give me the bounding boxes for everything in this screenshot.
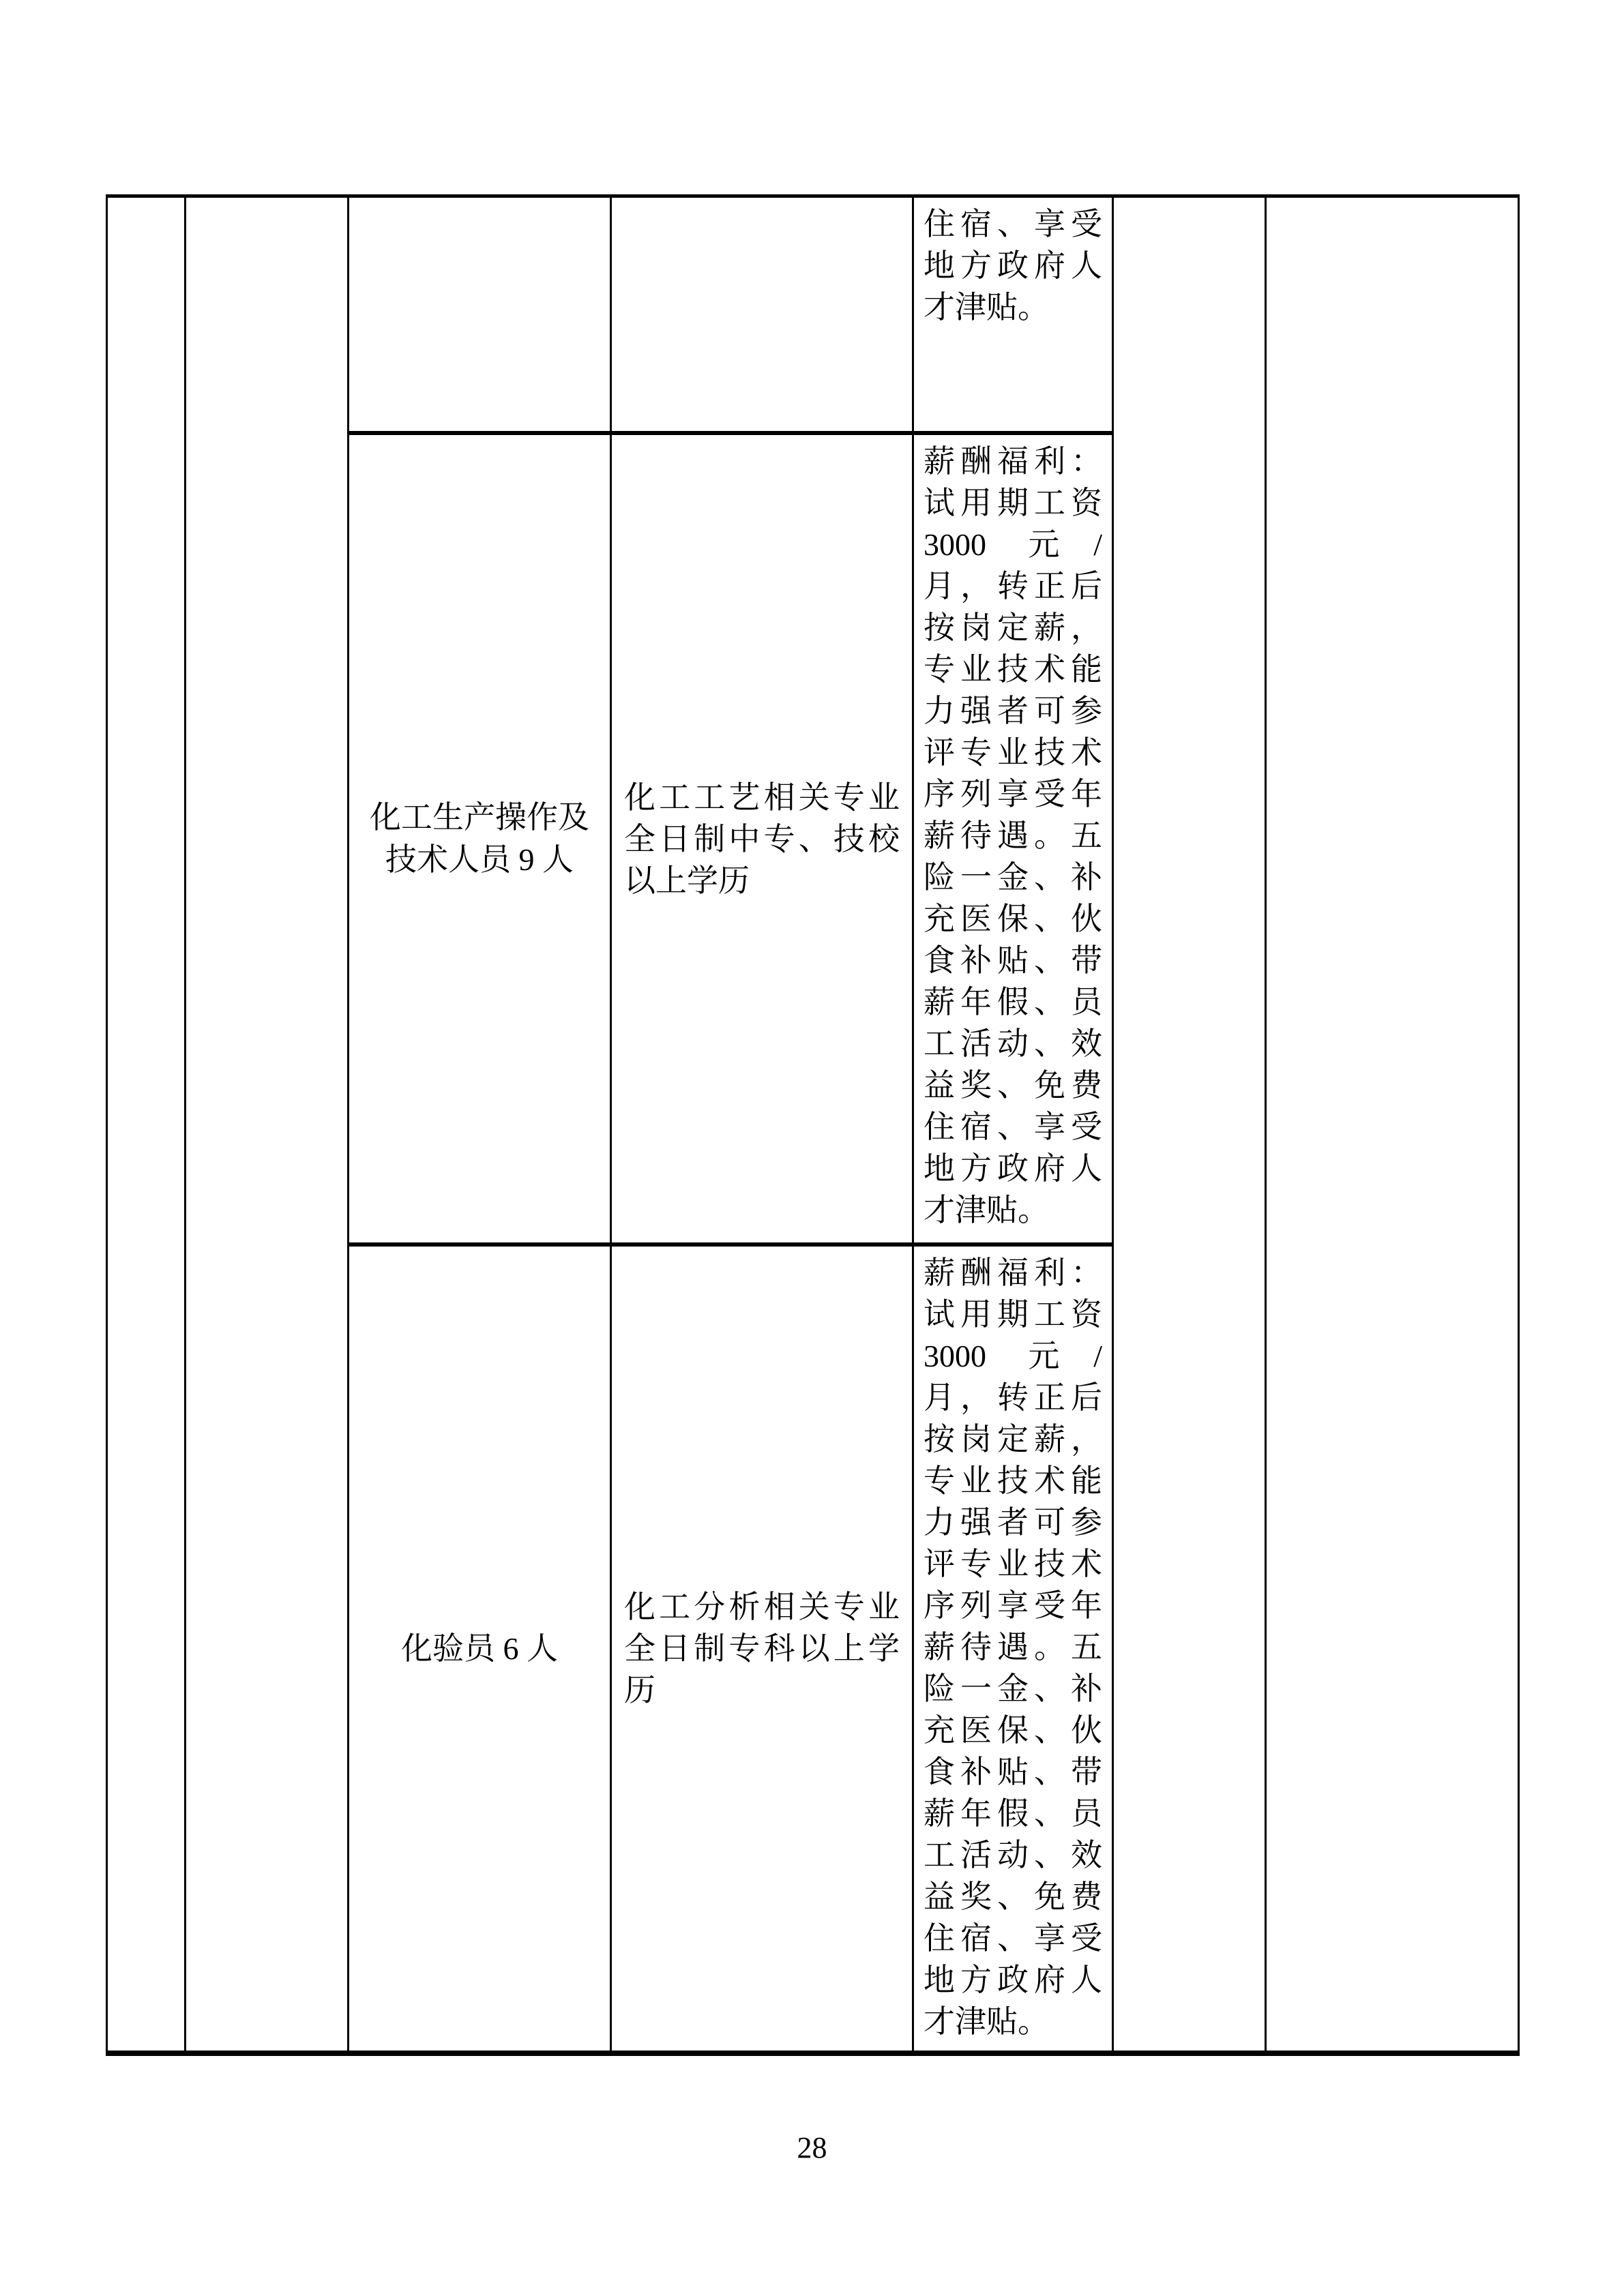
text-line: 住宿、享受 [924, 203, 1102, 245]
empty-cell-column-6 [1114, 198, 1267, 2051]
benefits-cell-operator: 薪酬福利：试用期工资3000 元/月，转正后按岗定薪，专业技术能力强者可参评专业… [914, 431, 1114, 1242]
position-cell-lab: 化验员 6 人 [349, 1242, 612, 2051]
text-line: 序列享受年 [924, 773, 1102, 815]
text-line: 才津贴。 [924, 286, 1102, 328]
text-line: 险一金、补 [924, 1668, 1102, 1710]
requirement-text: 化工分析相关专业全日制专科以上学历 [612, 1586, 912, 1711]
text-line: 才津贴。 [924, 2001, 1102, 2042]
text-line: 薪年假、员 [924, 981, 1102, 1023]
text-line: 评专业技术 [924, 732, 1102, 773]
benefits-cell-continued: 住宿、享受地方政府人才津贴。 [914, 198, 1114, 431]
text-line: 力强者可参 [924, 690, 1102, 732]
text-line: 化工生产操作及 [357, 796, 602, 839]
text-line: 试用期工资 [924, 1294, 1102, 1335]
text-line: 地方政府人 [924, 1148, 1102, 1189]
text-line: 住宿、享受 [924, 1106, 1102, 1148]
text-line: 薪酬福利： [924, 1252, 1102, 1294]
text-line: 食补贴、带 [924, 940, 1102, 981]
text-line: 险一金、补 [924, 856, 1102, 898]
text-line: 充医保、伙 [924, 1710, 1102, 1751]
text-line: 力强者可参 [924, 1502, 1102, 1543]
recruitment-table: 化工生产操作及技术人员 9 人 化验员 6 人 化工工艺相关专业全日制中专、技校… [106, 194, 1520, 2056]
requirement-cell-operator: 化工工艺相关专业全日制中专、技校以上学历 [612, 431, 914, 1242]
text-line: 地方政府人 [924, 245, 1102, 286]
document-page: 化工生产操作及技术人员 9 人 化验员 6 人 化工工艺相关专业全日制中专、技校… [0, 0, 1624, 2296]
text-line: 以上学历 [624, 860, 900, 901]
text-line: 工活动、效 [924, 1023, 1102, 1064]
benefits-text: 薪酬福利：试用期工资3000 元/月，转正后按岗定薪，专业技术能力强者可参评专业… [914, 1247, 1112, 2042]
text-line: 化工工艺相关专业 [624, 777, 900, 818]
text-line: 全日制专科以上学 [624, 1628, 900, 1669]
benefits-text-tail: 住宿、享受地方政府人才津贴。 [914, 198, 1112, 328]
text-line: 薪酬福利： [924, 441, 1102, 482]
position-cell-operator: 化工生产操作及技术人员 9 人 [349, 431, 612, 1242]
text-line: 专业技术能 [924, 1460, 1102, 1502]
text-line: 评专业技术 [924, 1543, 1102, 1585]
text-line: 化验员 6 人 [357, 1628, 602, 1670]
text-line: 益奖、免费 [924, 1876, 1102, 1918]
text-line: 薪待遇。五 [924, 1626, 1102, 1668]
page-number: 28 [0, 2132, 1624, 2164]
text-line: 益奖、免费 [924, 1064, 1102, 1106]
benefits-cell-lab: 薪酬福利：试用期工资3000 元/月，转正后按岗定薪，专业技术能力强者可参评专业… [914, 1242, 1114, 2051]
empty-cell-column-7 [1267, 198, 1518, 2051]
text-line: 才津贴。 [924, 1189, 1102, 1231]
text-line: 薪待遇。五 [924, 815, 1102, 856]
requirement-text: 化工工艺相关专业全日制中专、技校以上学历 [612, 777, 912, 901]
text-line: 薪年假、员 [924, 1793, 1102, 1834]
text-line: 化工分析相关专业 [624, 1586, 900, 1628]
text-line: 序列享受年 [924, 1585, 1102, 1626]
text-line: 住宿、享受 [924, 1918, 1102, 1959]
empty-cell-employer-column [186, 198, 349, 2051]
position-title: 化工生产操作及技术人员 9 人 [349, 796, 610, 881]
text-line: 技术人员 9 人 [357, 839, 602, 881]
text-line: 充医保、伙 [924, 898, 1102, 940]
empty-cell-requirement-continued [612, 198, 914, 431]
text-line: 试用期工资 [924, 482, 1102, 524]
text-line: 3000 元/ [924, 524, 1102, 565]
text-line: 全日制中专、技校 [624, 818, 900, 860]
text-line: 月，转正后 [924, 565, 1102, 607]
empty-cell-serial-column [108, 198, 186, 2051]
text-line: 历 [624, 1669, 900, 1711]
text-line: 按岗定薪， [924, 1418, 1102, 1460]
text-line: 按岗定薪， [924, 607, 1102, 648]
text-line: 专业技术能 [924, 648, 1102, 690]
text-line: 月，转正后 [924, 1377, 1102, 1418]
text-line: 食补贴、带 [924, 1751, 1102, 1793]
empty-cell-position-continued [349, 198, 612, 431]
position-title: 化验员 6 人 [349, 1628, 610, 1670]
text-line: 工活动、效 [924, 1834, 1102, 1876]
requirement-cell-lab: 化工分析相关专业全日制专科以上学历 [612, 1242, 914, 2051]
benefits-text: 薪酬福利：试用期工资3000 元/月，转正后按岗定薪，专业技术能力强者可参评专业… [914, 435, 1112, 1231]
text-line: 3000 元/ [924, 1335, 1102, 1377]
text-line: 地方政府人 [924, 1959, 1102, 2001]
